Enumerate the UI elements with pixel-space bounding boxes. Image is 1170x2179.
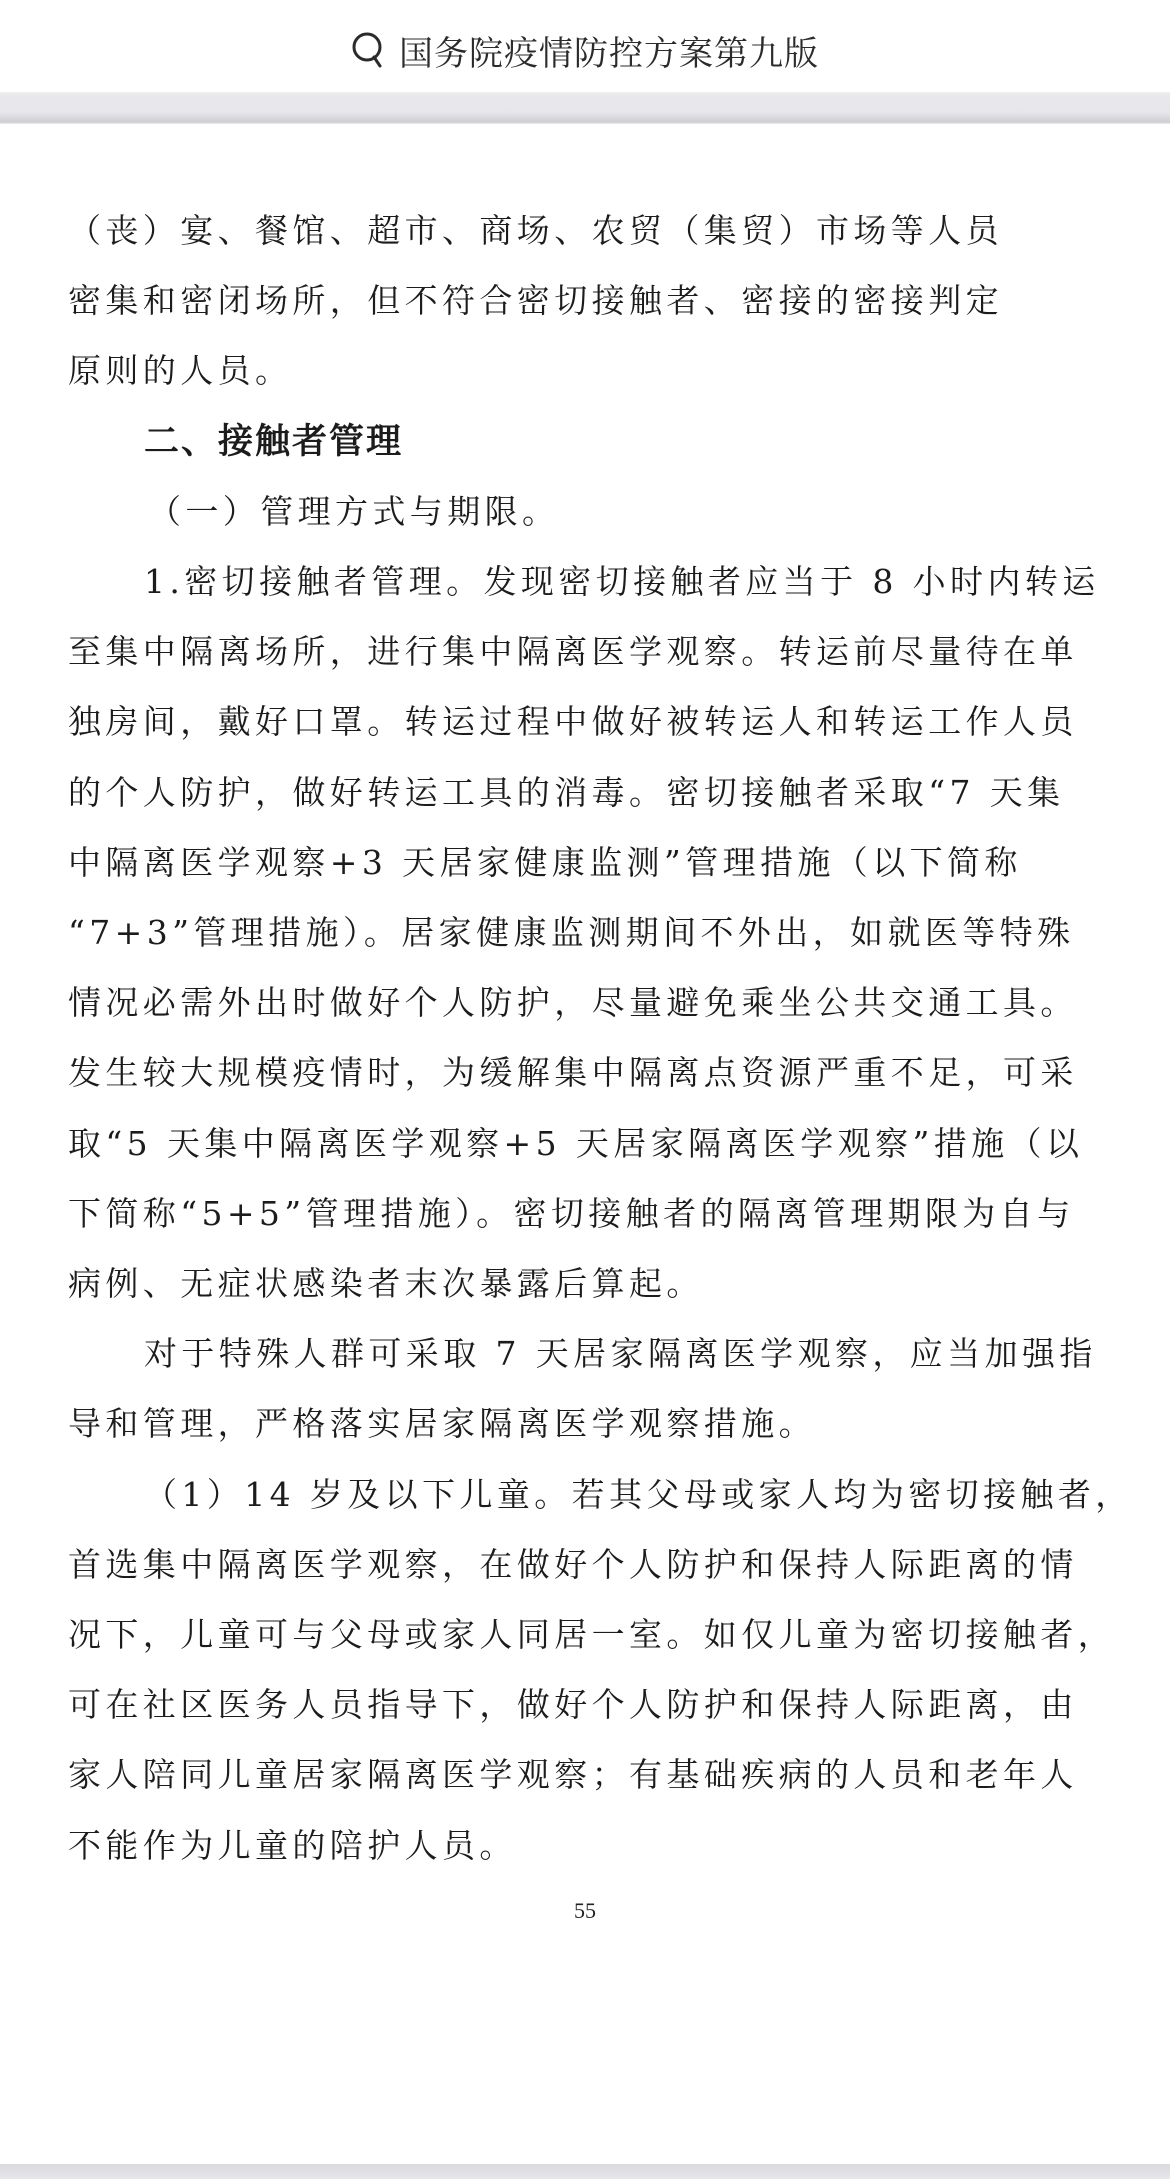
text-line: （丧）宴、餐馆、超市、商场、农贸（集贸）市场等人员 bbox=[68, 196, 1128, 266]
text-line: 病例、无症状感染者末次暴露后算起。 bbox=[68, 1249, 1128, 1319]
text-line: 密集和密闭场所，但不符合密切接触者、密接的密接判定 bbox=[68, 266, 1128, 336]
text-line: 家人陪同儿童居家隔离医学观察；有基础疾病的人员和老年人 bbox=[68, 1740, 1128, 1810]
section-heading: 二、接触者管理 bbox=[68, 407, 1128, 477]
text-line: 发生较大规模疫情时，为缓解集中隔离点资源严重不足，可采 bbox=[68, 1038, 1128, 1108]
text-line: 的个人防护，做好转运工具的消毒。密切接触者采取“7 天集 bbox=[68, 758, 1128, 828]
search-icon[interactable] bbox=[351, 31, 387, 69]
text-line: 1.密切接触者管理。发现密切接触者应当于 8 小时内转运 bbox=[68, 547, 1128, 617]
text-line: 况下，儿童可与父母或家人同居一室。如仅儿童为密切接触者， bbox=[68, 1600, 1128, 1670]
text-line: 中隔离医学观察+3 天居家健康监测”管理措施（以下简称 bbox=[68, 828, 1128, 898]
text-line: 情况必需外出时做好个人防护，尽量避免乘坐公共交通工具。 bbox=[68, 968, 1128, 1038]
text-line: 下简称“5+5”管理措施）。密切接触者的隔离管理期限为自与 bbox=[68, 1179, 1128, 1249]
page-bottom-separator bbox=[0, 2164, 1170, 2179]
search-bar[interactable]: 国务院疫情防控方案第九版 bbox=[351, 26, 819, 75]
document-body: （丧）宴、餐馆、超市、商场、农贸（集贸）市场等人员 密集和密闭场所，但不符合密切… bbox=[68, 196, 1128, 1881]
text-line: “7+3”管理措施）。居家健康监测期间不外出，如就医等特殊 bbox=[68, 898, 1128, 968]
text-line: 对于特殊人群可采取 7 天居家隔离医学观察，应当加强指 bbox=[68, 1319, 1128, 1389]
text-line: 独房间，戴好口罩。转运过程中做好被转运人和转运工作人员 bbox=[68, 687, 1128, 757]
text-line: 导和管理，严格落实居家隔离医学观察措施。 bbox=[68, 1389, 1128, 1459]
text-line: 首选集中隔离医学观察，在做好个人防护和保持人际距离的情 bbox=[68, 1530, 1128, 1600]
text-line: 可在社区医务人员指导下，做好个人防护和保持人际距离，由 bbox=[68, 1670, 1128, 1740]
text-line: 至集中隔离场所，进行集中隔离医学观察。转运前尽量待在单 bbox=[68, 617, 1128, 687]
text-line: 原则的人员。 bbox=[68, 336, 1128, 406]
text-line: （1）14 岁及以下儿童。若其父母或家人均为密切接触者， bbox=[68, 1460, 1128, 1530]
subsection-heading: （一）管理方式与期限。 bbox=[68, 477, 1128, 547]
page-number: 55 bbox=[0, 1898, 1170, 1924]
text-line: 不能作为儿童的陪护人员。 bbox=[68, 1811, 1128, 1881]
search-query-title[interactable]: 国务院疫情防控方案第九版 bbox=[399, 26, 819, 75]
top-bar: 国务院疫情防控方案第九版 bbox=[0, 0, 1170, 92]
toolbar-separator bbox=[0, 92, 1170, 124]
text-line: 取“5 天集中隔离医学观察+5 天居家隔离医学观察”措施（以 bbox=[68, 1109, 1128, 1179]
